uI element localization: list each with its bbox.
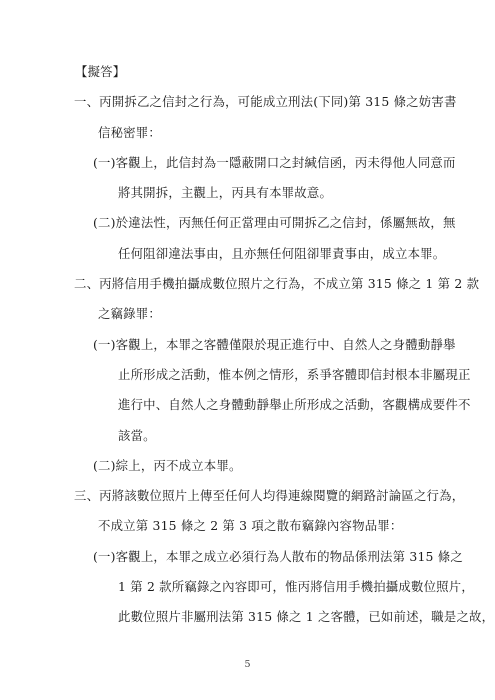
text-line: 信秘密罪： [0, 118, 495, 148]
text-line: (一)客觀上，本罪之成立必須行為人散布的物品係刑法第 315 條之 [0, 542, 495, 572]
text-line: (二)於違法性，丙無任何正當理由可開拆乙之信封，係屬無故，無 [0, 208, 495, 238]
text-line: 1 第 2 款所竊錄之內容即可，惟丙將信用手機拍攝成數位照片， [0, 572, 495, 602]
text-line: 任何阻卻違法事由，且亦無任何阻卻罪責事由，成立本罪。 [0, 239, 495, 269]
text-line: 止所形成之活動，惟本例之情形，系爭客體即信封根本非屬現正 [0, 360, 495, 390]
text-line: 三、丙將該數位照片上傳至任何人均得連線閱覽的網路討論區之行為， [0, 481, 495, 511]
text-line: (二)綜上，丙不成立本罪。 [0, 451, 495, 481]
page-number: 5 [0, 659, 495, 670]
text-line: 一、丙開拆乙之信封之行為，可能成立刑法(下同)第 315 條之妨害書 [0, 87, 495, 117]
document-page: 【擬答】一、丙開拆乙之信封之行為，可能成立刑法(下同)第 315 條之妨害書信秘… [0, 0, 495, 700]
text-line: (一)客觀上，本罪之客體僅限於現正進行中、自然人之身體動靜舉 [0, 330, 495, 360]
text-line: 此數位照片非屬刑法第 315 條之 1 之客體，已如前述，職是之故， [0, 602, 495, 632]
text-line: (一)客觀上，此信封為一隱蔽開口之封緘信函，丙未得他人同意而 [0, 148, 495, 178]
document-header: 【擬答】 [0, 57, 495, 87]
document-body: 【擬答】一、丙開拆乙之信封之行為，可能成立刑法(下同)第 315 條之妨害書信秘… [0, 57, 495, 633]
text-line: 二、丙將信用手機拍攝成數位照片之行為，不成立第 315 條之 1 第 2 款 [0, 269, 495, 299]
text-line: 不成立第 315 條之 2 第 3 項之散布竊錄內容物品罪： [0, 511, 495, 541]
text-line: 該當。 [0, 421, 495, 451]
text-line: 進行中、自然人之身體動靜舉止所形成之活動，客觀構成要件不 [0, 390, 495, 420]
text-line: 之竊錄罪： [0, 299, 495, 329]
text-line: 將其開拆，主觀上，丙具有本罪故意。 [0, 178, 495, 208]
